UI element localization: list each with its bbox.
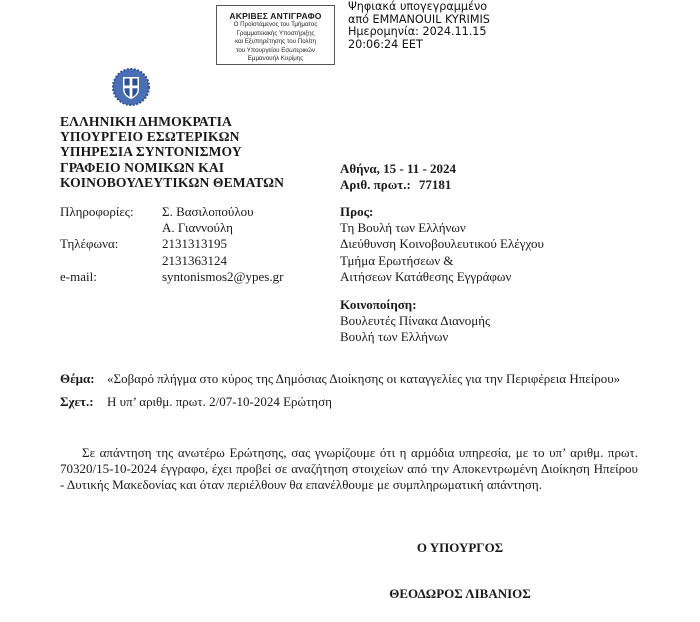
info-value: Σ. Βασιλοπούλου xyxy=(162,204,254,220)
signature-line: Ψηφιακά υπογεγραμμένο xyxy=(348,1,490,14)
body-paragraph: Σε απάντηση της ανωτέρω Ερώτησης, σας γν… xyxy=(60,445,638,494)
ministry-header: ΕΛΛΗΝΙΚΗ ΔΗΜΟΚΡΑΤΙΑ ΥΠΟΥΡΓΕΙΟ ΕΣΩΤΕΡΙΚΩΝ… xyxy=(60,114,284,190)
header-line: ΥΠΟΥΡΓΕΙΟ ΕΣΩΤΕΡΙΚΩΝ xyxy=(60,129,284,144)
stamp-line: του Υπουργείου Εσωτερικών xyxy=(217,47,334,56)
signature-line: 20:06:24 EET xyxy=(348,39,490,52)
cc-title: Κοινοποίηση: xyxy=(340,297,490,313)
stamp-line: Γραμματειακής Υποστήριξης xyxy=(217,30,334,39)
stamp-title: ΑΚΡΙΒΕΣ ΑΝΤΙΓΡΑΦΟ xyxy=(217,11,334,21)
cc-line: Βουλευτές Πίνακα Διανομής xyxy=(340,313,490,329)
reference-text: Η υπ’ αριθμ. πρωτ. 2/07-10-2024 Ερώτηση xyxy=(107,394,650,410)
info-label: e-mail: xyxy=(60,269,162,285)
subject-row: Θέμα: «Σοβαρό πλήγμα στο κύρος της Δημόσ… xyxy=(60,371,650,387)
protocol-label: Αριθ. πρωτ.: xyxy=(340,177,411,192)
info-row: e-mail: syntonismos2@ypes.gr xyxy=(60,269,283,285)
header-line: ΚΟΙΝΟΒΟΥΛΕΥΤΙΚΩΝ ΘΕΜΑΤΩΝ xyxy=(60,175,284,190)
recipients-title: Προς: xyxy=(340,204,544,220)
contact-info: Πληροφορίες: Σ. Βασιλοπούλου Α. Γιαννούλ… xyxy=(60,204,283,285)
info-value: 2131313195 xyxy=(162,236,227,252)
reference-label: Σχετ.: xyxy=(60,394,107,410)
recipient-line: Τμήμα Ερωτήσεων & xyxy=(340,253,544,269)
protocol-number: 77181 xyxy=(419,177,452,192)
cc-block: Κοινοποίηση: Βουλευτές Πίνακα Διανομής Β… xyxy=(340,297,490,345)
place-date: Αθήνα, 15 - 11 - 2024 xyxy=(340,161,456,177)
letter-body: Σε απάντηση της ανωτέρω Ερώτησης, σας γν… xyxy=(60,445,638,494)
certified-copy-stamp: ΑΚΡΙΒΕΣ ΑΝΤΙΓΡΑΦΟ Ο Προϊστάμενος του Τμή… xyxy=(216,5,335,65)
info-value: 2131363124 xyxy=(162,253,227,269)
signatory-name: ΘΕΟΔΩΡΟΣ ΛΙΒΑΝΙΟΣ xyxy=(360,586,560,602)
subject-block: Θέμα: «Σοβαρό πλήγμα στο κύρος της Δημόσ… xyxy=(60,371,650,410)
email-link[interactable]: syntonismos2@ypes.gr xyxy=(162,269,283,285)
info-label xyxy=(60,220,162,236)
info-row: Α. Γιαννούλη xyxy=(60,220,283,236)
info-row: Πληροφορίες: Σ. Βασιλοπούλου xyxy=(60,204,283,220)
info-value: Α. Γιαννούλη xyxy=(162,220,233,236)
reference-row: Σχετ.: Η υπ’ αριθμ. πρωτ. 2/07-10-2024 Ε… xyxy=(60,394,650,410)
stamp-line: Ο Προϊστάμενος του Τμήματος xyxy=(217,21,334,30)
subject-text: «Σοβαρό πλήγμα στο κύρος της Δημόσιας Δι… xyxy=(107,371,650,387)
recipient-line: Αιτήσεων Κατάθεσης Εγγράφων xyxy=(340,269,544,285)
date-block: Αθήνα, 15 - 11 - 2024 Αριθ. πρωτ.:77181 xyxy=(340,161,456,193)
signatory-title: Ο ΥΠΟΥΡΓΟΣ xyxy=(360,540,560,556)
stamp-line: Εμμανουήλ Κυρίμης xyxy=(217,55,334,64)
info-label xyxy=(60,253,162,269)
recipient-line: Τη Βουλή των Ελλήνων xyxy=(340,220,544,236)
greek-coat-of-arms-icon xyxy=(112,68,150,106)
recipients-block: Προς: Τη Βουλή των Ελλήνων Διεύθυνση Κοι… xyxy=(340,204,544,285)
subject-label: Θέμα: xyxy=(60,371,107,387)
recipient-line: Διεύθυνση Κοινοβουλευτικού Ελέγχου xyxy=(340,236,544,252)
signature-line: Ημερομηνία: 2024.11.15 xyxy=(348,26,490,39)
info-row: 2131363124 xyxy=(60,253,283,269)
header-line: ΕΛΛΗΝΙΚΗ ΔΗΜΟΚΡΑΤΙΑ xyxy=(60,114,284,129)
info-label: Πληροφορίες: xyxy=(60,204,162,220)
header-line: ΥΠΗΡΕΣΙΑ ΣΥΝΤΟΝΙΣΜΟΥ xyxy=(60,144,284,159)
info-row: Τηλέφωνα: 2131313195 xyxy=(60,236,283,252)
digital-signature: Ψηφιακά υπογεγραμμένο από EMMANOUIL KYRI… xyxy=(348,1,490,51)
header-line: ΓΡΑΦΕΙΟ ΝΟΜΙΚΩΝ ΚΑΙ xyxy=(60,160,284,175)
stamp-line: και Εξυπηρέτησης του Πολίτη xyxy=(217,38,334,47)
protocol-number-row: Αριθ. πρωτ.:77181 xyxy=(340,177,456,193)
cc-line: Βουλή των Ελλήνων xyxy=(340,329,490,345)
info-label: Τηλέφωνα: xyxy=(60,236,162,252)
